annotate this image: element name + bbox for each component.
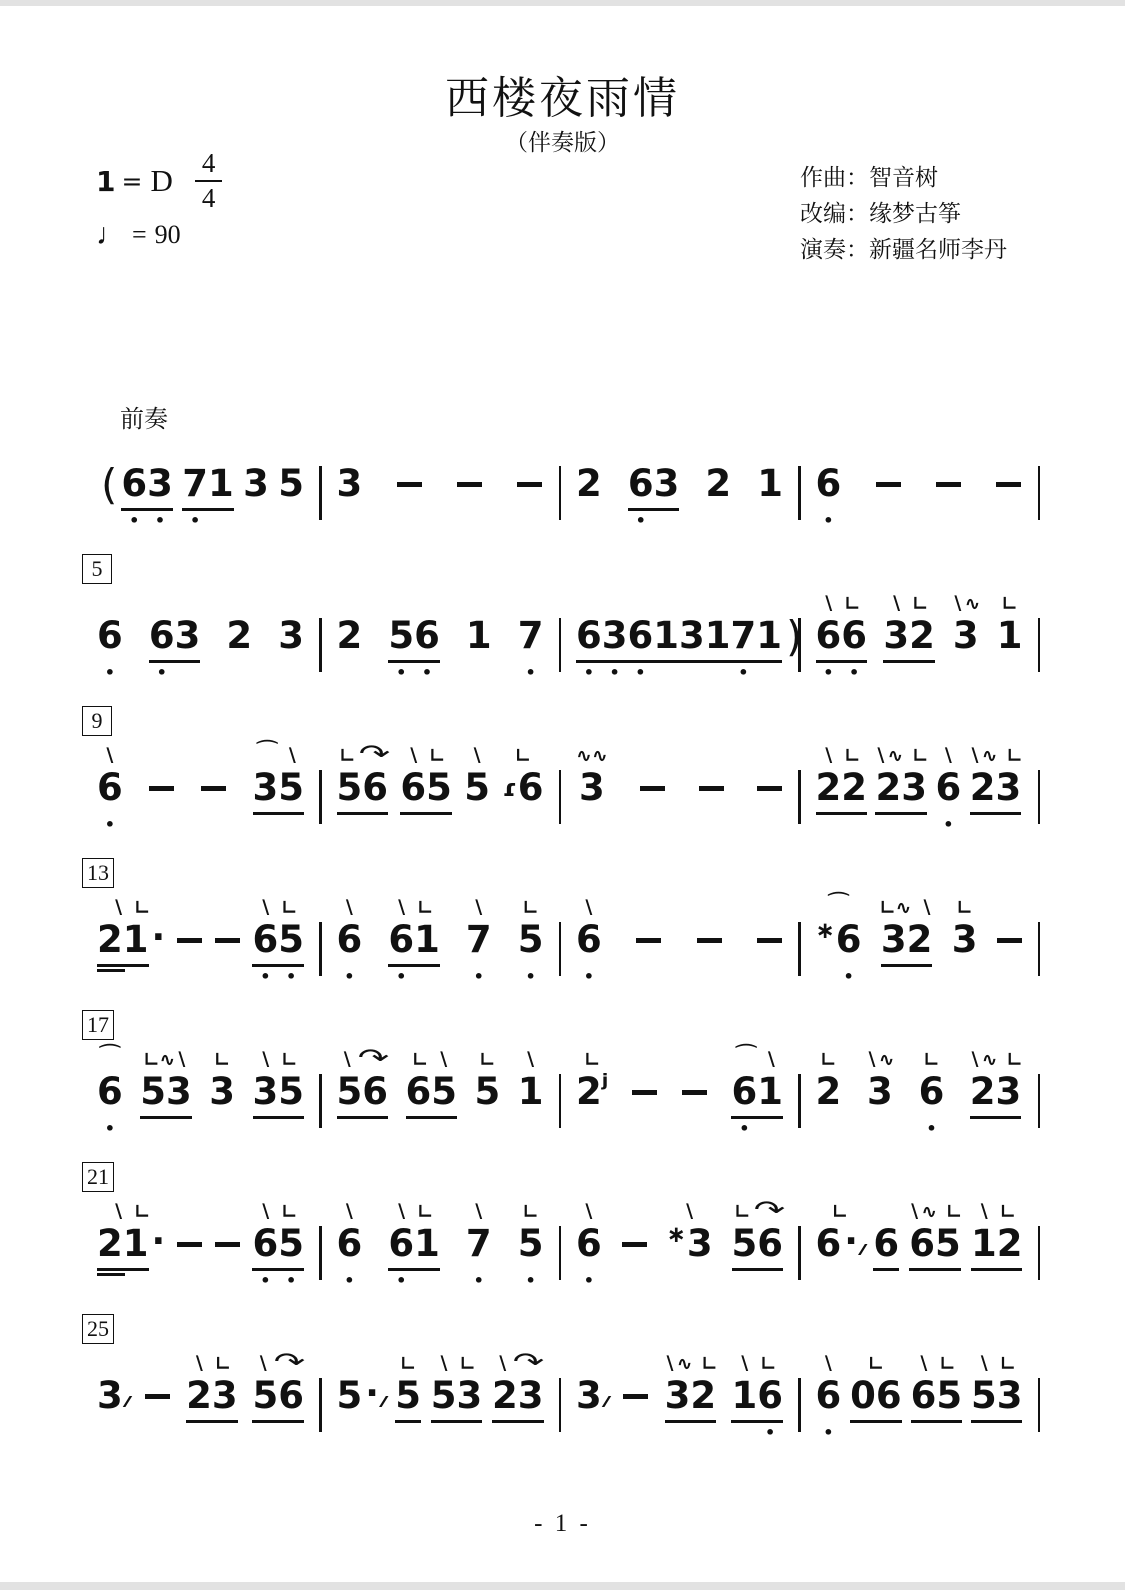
beam-underline	[252, 1420, 304, 1423]
rest-dash	[756, 920, 783, 960]
note-digit: 6	[149, 616, 175, 656]
octave-dot: •	[844, 971, 854, 985]
token-body: 6•6•	[816, 616, 868, 681]
note-digits	[622, 1376, 649, 1416]
dash	[696, 920, 723, 960]
ornament-row: ∖∟	[822, 584, 860, 614]
token-body: ∗6•	[816, 920, 862, 985]
tuo-stroke-icon: ∖∿	[865, 1051, 894, 1070]
note-token	[176, 1192, 203, 1264]
note-digits: 6•5•	[252, 920, 304, 985]
note-token: ∖6•	[576, 1192, 602, 1289]
note-digits: 2	[337, 616, 363, 681]
octave-dot: •	[344, 971, 354, 985]
note-token: ∟2ʲ	[576, 1040, 608, 1137]
page-number: - 1 -	[0, 1510, 1125, 1538]
token-body: 65	[909, 1224, 961, 1289]
token-body: 65	[911, 1376, 963, 1441]
note-char: 2	[970, 1072, 996, 1137]
note-digit: 3	[995, 1072, 1021, 1112]
note-token: ∖∿3	[865, 1040, 894, 1137]
gou-stroke-icon: ∟	[844, 595, 860, 614]
octave-dot: •	[943, 819, 953, 833]
note-digits: 3	[337, 464, 363, 529]
note-token: 5·⁄⁄⁄	[337, 1344, 386, 1441]
note-char: 1	[414, 1224, 440, 1289]
note-digit: 1	[123, 1224, 149, 1264]
note-char: 3	[456, 1376, 482, 1441]
note-char: 5	[337, 1376, 363, 1441]
note-digits: 7•1	[731, 616, 783, 681]
token-body: 2	[337, 616, 363, 681]
note-digits: 16•	[731, 1376, 783, 1441]
note-char: 2	[816, 1072, 842, 1137]
token-body: 6·⁄⁄⁄	[816, 1224, 865, 1289]
octave-dot: •	[823, 515, 833, 529]
rest-dash	[396, 464, 423, 504]
note-digit: 1	[466, 616, 492, 656]
note-digits: 6•	[836, 920, 862, 985]
beam-underline	[628, 660, 680, 663]
measure: 3⁄⁄⁄∖∿∟32∖∟16•	[561, 1344, 798, 1441]
tuo-stroke-icon: ∖	[496, 1355, 509, 1374]
note-digit: 1	[705, 616, 731, 656]
token-body: 6•1	[388, 1224, 440, 1289]
credit-composer-value: 智音树	[869, 165, 938, 190]
gou-stroke-icon: ∟	[912, 747, 928, 766]
note-char: 6•	[731, 1072, 757, 1137]
note-char: 3	[243, 464, 269, 529]
glissando-hatch-icon: ⁄⁄⁄	[126, 1395, 128, 1410]
tempo-value: 90	[155, 220, 181, 250]
ornament-row: ∟↷	[339, 736, 385, 766]
token-body: 6•	[919, 1072, 945, 1137]
note-digits: 5•	[518, 920, 544, 985]
note-char: 6	[911, 1376, 937, 1441]
octave-dot: •	[396, 971, 406, 985]
rest-dash	[681, 1072, 708, 1112]
ornament-row: ∖	[822, 1344, 835, 1374]
note-token: ∟∖65	[406, 1040, 458, 1137]
octave-dot: •	[849, 667, 859, 681]
note-digits: 6•	[935, 768, 961, 833]
note-digit: 2	[337, 616, 363, 656]
beam-underline	[406, 1116, 458, 1119]
note-char: 6•	[121, 464, 147, 529]
note-digit: 5	[518, 920, 544, 960]
beam-underline	[679, 660, 731, 663]
rest-dash	[621, 1224, 648, 1264]
tuo-stroke-icon: ∖	[472, 899, 485, 918]
note-digit: 2	[816, 1072, 842, 1112]
note-token: ∖∿3	[951, 584, 980, 681]
ornament-row: ∖∿	[865, 1040, 894, 1070]
ornament-row: ∖∟	[822, 736, 860, 766]
score-line: 21∖∟21·∖∟6•5•∖6•∖∟6•1∖7•∟5•∖6•∖∗3∟↷56∟6·…	[82, 1158, 1040, 1289]
note-digit: 5	[518, 1224, 544, 1264]
note-char: 7•	[182, 464, 208, 529]
note-digits	[631, 1072, 658, 1112]
note-digit: 7	[182, 464, 208, 504]
beam-underline	[492, 1420, 544, 1423]
gou-stroke-icon: ∟	[281, 1051, 297, 1070]
vibrato-wave-icon: ∿∿	[576, 747, 608, 766]
octave-dot: •	[190, 515, 200, 529]
note-digits	[698, 768, 725, 808]
note-char: 1	[518, 1072, 544, 1137]
note-char: 3	[253, 1072, 279, 1137]
tuo-stroke-icon: ∖	[103, 747, 116, 766]
note-token: 2	[576, 432, 602, 529]
note-char: 1	[653, 616, 679, 681]
note-token: 2	[226, 584, 252, 681]
ornament-row: ∟	[584, 1040, 600, 1070]
note-char: 6•	[935, 768, 961, 833]
note-digit: 1	[756, 616, 782, 656]
ornament-row: ∖∟	[112, 888, 150, 918]
octave-dot: •	[422, 667, 432, 681]
note-digit: 1	[731, 1376, 757, 1416]
measure: ∖∟21·∖∟6•5•	[82, 1192, 319, 1289]
dash-line	[697, 938, 722, 943]
gou-stroke-icon: ∟	[702, 1355, 718, 1374]
rest-dash	[631, 1072, 658, 1112]
note-digit: 5	[395, 1376, 421, 1416]
octave-dot: •	[525, 971, 535, 985]
token-body: 6•	[337, 1224, 363, 1289]
note-char: 5	[464, 768, 490, 833]
dash-line	[149, 786, 174, 791]
beam-underline	[816, 660, 868, 663]
token-body: 3	[243, 464, 269, 529]
scan-edge-bottom	[0, 1582, 1125, 1590]
note-digit: 7	[731, 616, 757, 656]
rest-dash	[696, 920, 723, 960]
token-body: 35	[253, 768, 305, 833]
note-token: ∖∿∟32	[663, 1344, 717, 1441]
note-digits: 23	[875, 768, 927, 833]
note-digits	[935, 464, 962, 504]
note-token: 6•3•	[576, 584, 628, 681]
token-body: 56	[732, 1224, 784, 1289]
note-digit: 6	[337, 1224, 363, 1264]
ornament-row: ∖	[472, 1192, 485, 1222]
token-body: 21·	[97, 920, 165, 985]
token-body: 16•	[731, 1376, 783, 1441]
beam-underline	[400, 812, 452, 815]
beam-underline	[140, 1116, 192, 1119]
ornament-row: ∖∟	[917, 1344, 955, 1374]
note-digit: 3	[278, 616, 304, 656]
note-token: ∖∿∟65	[908, 1192, 962, 1289]
octave-dot: •	[738, 667, 748, 681]
note-digit: 3	[654, 464, 680, 504]
ornament-row: ∖∟	[738, 1344, 776, 1374]
note-char: 3	[253, 768, 279, 833]
note-char: 6•	[97, 616, 123, 681]
gou-stroke-icon: ∟	[400, 1355, 416, 1374]
beam-underline	[731, 1116, 783, 1119]
scan-edge-top	[0, 0, 1125, 6]
note-char: 6•	[576, 1224, 602, 1289]
note-token	[176, 888, 203, 960]
token-body: 1	[757, 464, 783, 529]
credit-performer: 演奏：新疆名师李丹	[800, 232, 1007, 268]
note-digit: 6	[414, 616, 440, 656]
note-char: 6•	[628, 616, 654, 681]
note-digits: 23	[492, 1376, 544, 1441]
ornament-row: ∖↷	[341, 1040, 384, 1070]
note-digits	[696, 920, 723, 960]
rest-dash	[456, 464, 483, 504]
note-digits	[516, 464, 543, 504]
token-body: 32	[881, 920, 933, 985]
token-body: 6•5•	[252, 920, 304, 985]
ornament-row: ∖∟	[193, 1344, 231, 1374]
note-digit: 3	[995, 768, 1021, 808]
note-digit: 5	[140, 1072, 166, 1112]
note-char: 5	[278, 1072, 304, 1137]
note-char: 1	[731, 1376, 757, 1441]
note-token: ∖∟53	[431, 1344, 483, 1441]
staff-row: 6•6•32325•6•17•6•3•6•1317•1)∖∟6•6•∖∟32∖∿…	[82, 584, 1040, 681]
note-digit: 3	[602, 616, 628, 656]
note-char: 3	[579, 768, 605, 833]
octave-dot: •	[286, 1275, 296, 1289]
note-digit: 3	[952, 920, 978, 960]
note-digits: 53	[140, 1072, 192, 1137]
note-digit: 6	[876, 1376, 902, 1416]
octave-dot: •	[584, 667, 594, 681]
beam-underline	[97, 1268, 149, 1271]
note-char: 5	[395, 1376, 421, 1441]
note-token: ∟6·⁄⁄⁄	[816, 1192, 865, 1289]
note-char: 6•	[97, 768, 123, 833]
gou-stroke-icon: ∟	[957, 899, 973, 918]
note-char: 1	[208, 464, 234, 529]
note-digits: 3	[243, 464, 269, 529]
note-token: ∖6•	[576, 888, 602, 985]
gou-stroke-icon: ∟	[429, 747, 445, 766]
note-digits: 6•3	[149, 616, 201, 681]
note-token: 5•6•	[388, 584, 440, 681]
token-body: 56	[337, 1072, 389, 1137]
note-char: 3	[278, 616, 304, 681]
token-body: ∗3	[667, 1224, 713, 1289]
gou-stroke-icon: ∟	[479, 1051, 495, 1070]
token-body: 53	[971, 1376, 1023, 1441]
barline	[1038, 770, 1041, 824]
note-digits	[621, 1224, 648, 1264]
note-char: 6•	[816, 464, 842, 529]
ornament-row: ∖↷	[257, 1344, 300, 1374]
time-signature: 4 4	[195, 150, 223, 212]
note-digits: 6•5•	[252, 1224, 304, 1289]
gou-stroke-icon: ∟	[584, 1051, 600, 1070]
staff-row: 3⁄⁄⁄∖∟23∖↷565·⁄⁄⁄∟5∖∟53∖↷233⁄⁄⁄∖∿∟32∖∟16…	[82, 1344, 1040, 1441]
ornament-row: ∖∟	[259, 888, 297, 918]
measure: 3	[322, 432, 559, 529]
note-token: ∟3	[209, 1040, 235, 1137]
note-digit: 6	[731, 1072, 757, 1112]
note-token: ∟3	[952, 888, 978, 985]
measure: ∖6•⁀∖35	[82, 736, 319, 833]
octave-dot: •	[286, 971, 296, 985]
note-token: 2	[337, 584, 363, 681]
note-digits: 2	[705, 464, 731, 529]
note-digit: 3	[456, 1376, 482, 1416]
dash-line	[997, 938, 1022, 943]
note-digit: 6	[518, 768, 544, 808]
rest-dash	[875, 464, 902, 504]
tuo-stroke-icon: ∖	[582, 1203, 595, 1222]
token-body: 5	[278, 464, 304, 529]
ornament-row: ∖∟	[259, 1192, 297, 1222]
tempo-marking: ♩ = 90	[96, 218, 181, 252]
arc-icon: ⁀	[100, 1046, 119, 1070]
beam-underline	[186, 1420, 238, 1423]
grace-hook-icon: ɾ	[502, 776, 516, 800]
note-digits: 56	[337, 1072, 389, 1137]
tuo-stroke-icon: ∖∿	[968, 747, 997, 766]
note-token: ∖∟16•	[731, 1344, 783, 1441]
measure: ∖∟21·∖∟6•5•	[82, 888, 319, 985]
measure: 6•3•6•1317•1)	[561, 584, 798, 681]
note-char: 5	[935, 1224, 961, 1289]
ornament-row: ∖	[582, 1192, 595, 1222]
note-char: 1	[466, 616, 492, 681]
arc-icon: ⁀	[736, 1046, 755, 1070]
dash	[176, 920, 203, 960]
note-digit: 6	[757, 1376, 783, 1416]
measure: 26•321	[561, 432, 798, 529]
token-body: 6•1	[628, 616, 680, 681]
ornament-row: ∖∟	[112, 1192, 150, 1222]
note-token	[456, 432, 483, 504]
note-digits: 6•1	[628, 616, 680, 681]
note-char: 6•	[388, 1224, 414, 1289]
ornament-row: ∖∟	[978, 1192, 1016, 1222]
note-token: ∟∿∖32	[880, 888, 934, 985]
token-body: 31	[679, 616, 731, 681]
note-digit: 5	[278, 1072, 304, 1112]
note-char: 3	[166, 1072, 192, 1137]
note-digit: 6	[97, 1072, 123, 1112]
note-digit: 3	[337, 464, 363, 504]
note-char: 6•	[388, 920, 414, 985]
note-digit: 5	[971, 1376, 997, 1416]
note-digit: 5	[278, 464, 304, 504]
token-body: 1	[997, 616, 1023, 681]
beam-underline	[576, 660, 628, 663]
octave-dot: •	[260, 971, 270, 985]
note-digit: 3	[576, 1376, 602, 1416]
slur-arrow-icon: ↷	[358, 1045, 389, 1070]
token-body: 5•	[518, 920, 544, 985]
token-body	[200, 768, 227, 808]
note-digit: 3	[212, 1376, 238, 1416]
note-digit: 5	[732, 1224, 758, 1264]
gou-stroke-icon: ∟	[832, 1203, 848, 1222]
measure: ∖∟22∖∿∟23∖6•∖∿∟23	[801, 736, 1038, 833]
note-char: 6	[816, 1224, 842, 1289]
note-digits: 65	[909, 1224, 961, 1289]
note-token: ∖∟12	[971, 1192, 1023, 1289]
octave-dot: •	[739, 1123, 749, 1137]
token-body: 6•1	[388, 920, 440, 985]
note-digits: 6•	[337, 1224, 363, 1289]
token-body: 22	[816, 768, 868, 833]
gou-stroke-icon: ∟	[820, 1051, 836, 1070]
ornament-row: ∖∟	[395, 1192, 433, 1222]
beam-underline	[337, 1116, 389, 1119]
ornament-row: ∟	[523, 888, 539, 918]
note-char: 5•	[518, 920, 544, 985]
note-token	[681, 1040, 708, 1112]
measure-number-box: 17	[82, 1010, 114, 1040]
beam-underline	[388, 660, 440, 663]
slur-arrow-icon: ↷	[274, 1349, 305, 1374]
note-char: 5	[140, 1072, 166, 1137]
line-header: 9	[82, 702, 1040, 736]
rest-dash	[756, 768, 783, 808]
note-digits: 6•	[97, 1072, 123, 1137]
note-char: 3	[175, 616, 201, 681]
note-token: ∟5•	[518, 1192, 544, 1289]
dash	[516, 464, 543, 504]
note-token: 31	[679, 584, 731, 681]
tuo-stroke-icon: ∖	[683, 1203, 696, 1222]
note-char: 6	[909, 1224, 935, 1289]
note-char: 6•	[628, 464, 654, 529]
tuo-stroke-icon: ∖	[437, 1051, 450, 1070]
octave-dot: •	[344, 1275, 354, 1289]
octave-dot: •	[129, 515, 139, 529]
dash	[148, 768, 175, 808]
note-digit: 3	[665, 1376, 691, 1416]
beam-underline	[731, 1420, 783, 1423]
note-token: ∟2	[816, 1040, 842, 1137]
note-char: 6•	[836, 920, 862, 985]
gou-stroke-icon: ∟	[868, 1355, 884, 1374]
ornament-row: ∟∿∖	[880, 888, 934, 918]
note-digits: 3	[209, 1072, 235, 1137]
token-body: 2	[816, 1072, 842, 1137]
octave-dot: •	[105, 819, 115, 833]
note-char: 1	[123, 1224, 149, 1289]
note-char: 5	[426, 768, 452, 833]
token-body: 2ʲ	[576, 1072, 608, 1137]
barline	[1038, 1074, 1041, 1128]
note-char: 3	[209, 1072, 235, 1137]
slur-arrow-icon: ↷	[513, 1349, 544, 1374]
note-token	[214, 888, 241, 960]
note-token: 3	[278, 584, 304, 681]
upward-slide-icon: ʲ	[602, 1072, 609, 1102]
note-digits: 3	[579, 768, 605, 833]
note-token	[756, 888, 783, 960]
tuo-stroke-icon: ∖	[822, 747, 835, 766]
note-digits: 56	[252, 1376, 304, 1441]
dash	[995, 464, 1022, 504]
rest-dash	[516, 464, 543, 504]
gou-stroke-icon: ∟	[912, 595, 928, 614]
note-digit: 6	[97, 616, 123, 656]
tuo-stroke-icon: ∖∿	[968, 1051, 997, 1070]
note-char: 6•	[252, 1224, 278, 1289]
note-char: 7•	[466, 1224, 492, 1289]
note-char: 2	[705, 464, 731, 529]
